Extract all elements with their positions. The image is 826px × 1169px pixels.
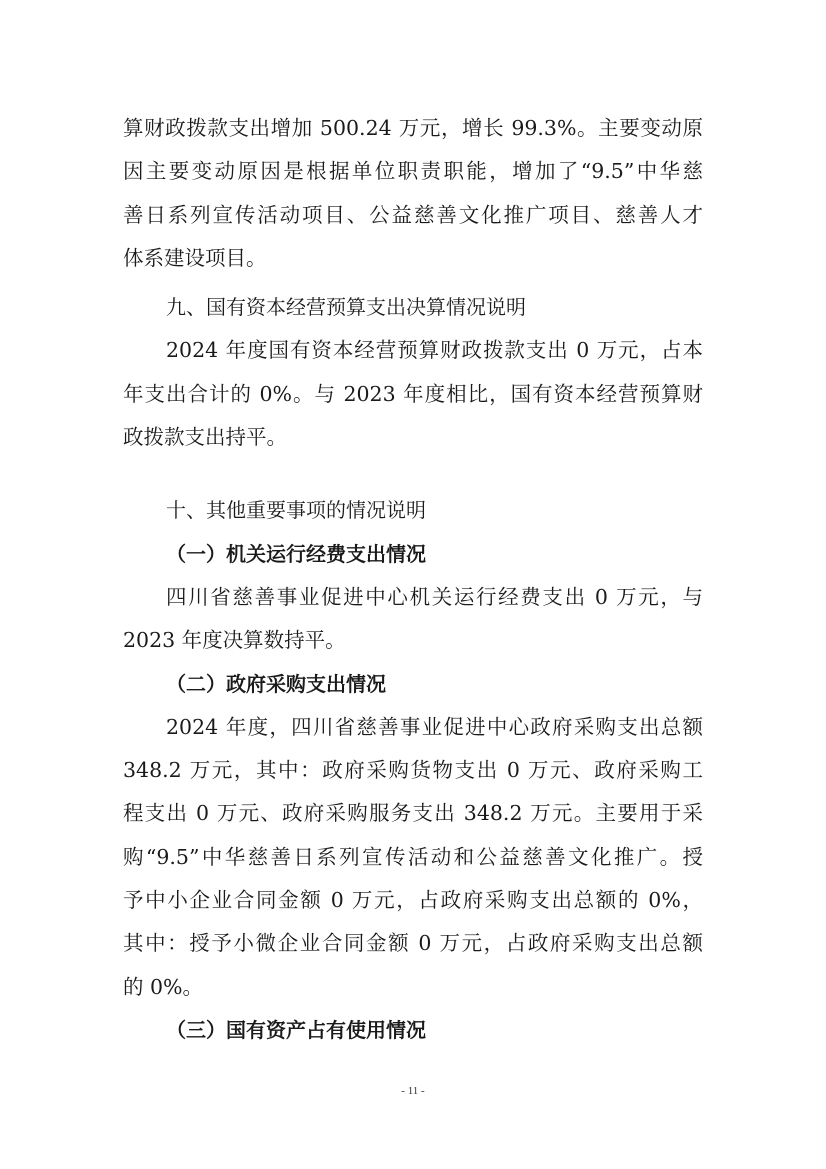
section-heading-9: 九、国有资本经营预算支出决算情况说明 <box>123 286 703 329</box>
subsection-heading-2: （二）政府采购支出情况 <box>123 663 703 706</box>
document-body: 算财政拨款支出增加 500.24 万元，增长 99.3%。主要变动原 因主要变动… <box>123 107 703 1052</box>
subsection-heading-3: （三）国有资产占有使用情况 <box>123 1009 703 1052</box>
text-line: 其中：授予小微企业合同金额 0 万元，占政府采购支出总额 <box>123 922 703 965</box>
subsection-2-body: 2024 年度，四川省慈善事业促进中心政府采购支出总额 348.2 万元，其中：… <box>123 706 703 1009</box>
text-line: 政拨款支出持平。 <box>123 416 703 459</box>
text-line: 程支出 0 万元、政府采购服务支出 348.2 万元。主要用于采 <box>123 792 703 835</box>
text-line: 算财政拨款支出增加 500.24 万元，增长 99.3%。主要变动原 <box>123 107 703 150</box>
text-line: 购“9.5”中华慈善日系列宣传活动和公益慈善文化推广。授 <box>123 836 703 879</box>
text-line: 2024 年度，四川省慈善事业促进中心政府采购支出总额 <box>123 706 703 749</box>
text-line: 予中小企业合同金额 0 万元，占政府采购支出总额的 0%， <box>123 879 703 922</box>
spacer <box>123 459 703 489</box>
section-heading-10: 十、其他重要事项的情况说明 <box>123 489 703 532</box>
text-line: 348.2 万元，其中：政府采购货物支出 0 万元、政府采购工 <box>123 749 703 792</box>
text-line: 2024 年度国有资本经营预算财政拨款支出 0 万元，占本 <box>123 329 703 372</box>
text-line: 的 0%。 <box>123 966 703 1009</box>
text-line: 年支出合计的 0%。与 2023 年度相比，国有资本经营预算财 <box>123 373 703 416</box>
page-number: - 11 - <box>0 1085 826 1097</box>
text-line: 四川省慈善事业促进中心机关运行经费支出 0 万元，与 <box>123 576 703 619</box>
document-page: 算财政拨款支出增加 500.24 万元，增长 99.3%。主要变动原 因主要变动… <box>0 0 826 1169</box>
section-9-body: 2024 年度国有资本经营预算财政拨款支出 0 万元，占本 年支出合计的 0%。… <box>123 329 703 459</box>
subsection-heading-1: （一）机关运行经费支出情况 <box>123 533 703 576</box>
text-line: 因主要变动原因是根据单位职责职能，增加了“9.5”中华慈 <box>123 150 703 193</box>
paragraph-continued: 算财政拨款支出增加 500.24 万元，增长 99.3%。主要变动原 因主要变动… <box>123 107 703 280</box>
text-line: 2023 年度决算数持平。 <box>123 619 703 662</box>
text-line: 善日系列宣传活动项目、公益慈善文化推广项目、慈善人才 <box>123 194 703 237</box>
text-line: 体系建设项目。 <box>123 237 703 280</box>
subsection-1-body: 四川省慈善事业促进中心机关运行经费支出 0 万元，与 2023 年度决算数持平。 <box>123 576 703 663</box>
